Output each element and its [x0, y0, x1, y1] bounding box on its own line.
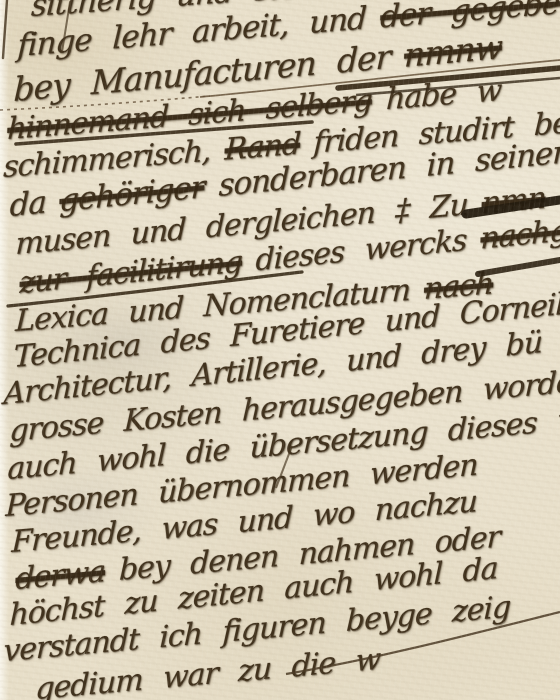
- handwriting-word: da: [9, 183, 60, 224]
- handwriting-lines: sittherig und stechens,derallerlfinge le…: [0, 0, 560, 700]
- struck-word: nmnw: [404, 26, 517, 75]
- manuscript-page: sittherig und stechens,derallerlfinge le…: [0, 0, 560, 700]
- screenshot-root: { "page": { "paper_color": "#e8dfc9", "i…: [0, 0, 560, 700]
